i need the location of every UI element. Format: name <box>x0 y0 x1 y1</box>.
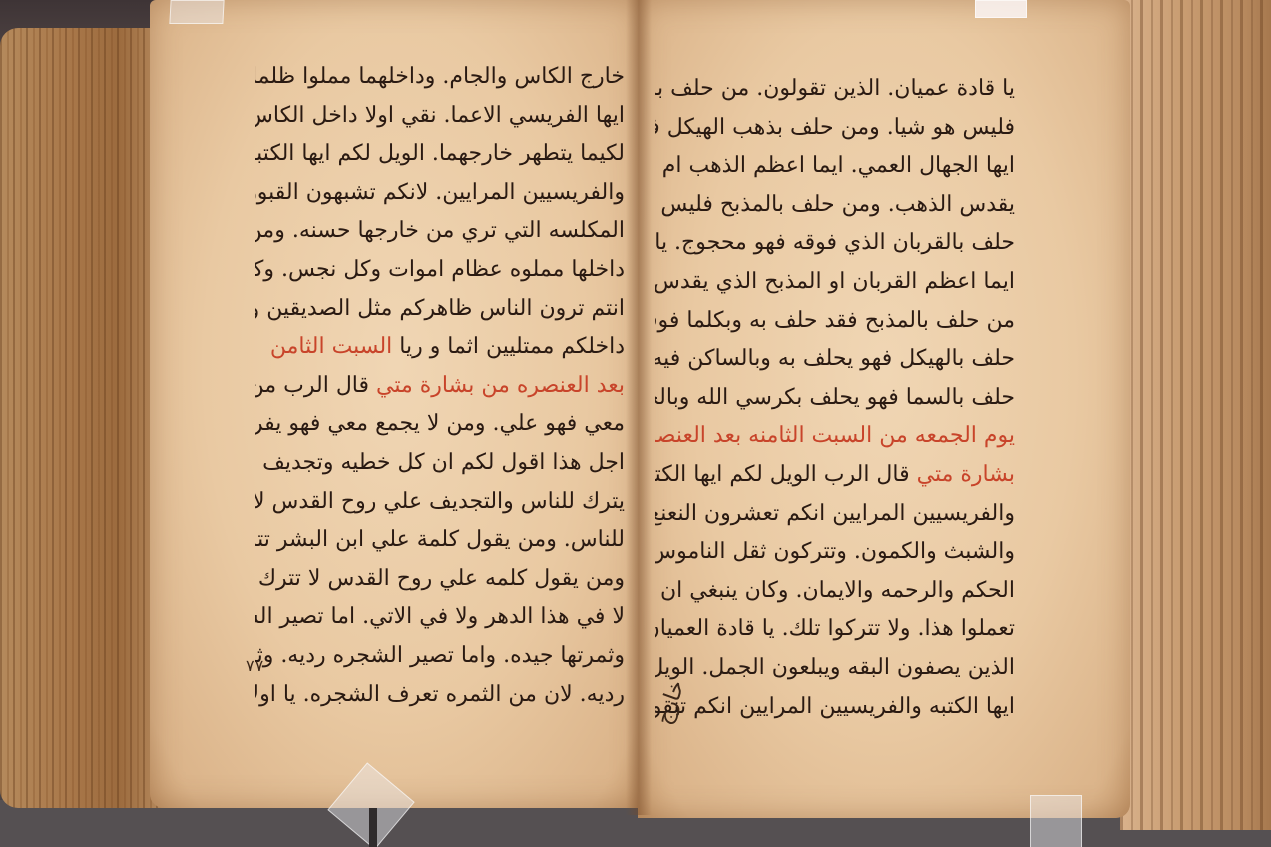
line-text: قال الرب الويل لكم ايها الكتبه <box>655 462 910 487</box>
line-text: ومن يقول كلمه علي روح القدس لا تترك له <box>255 566 625 591</box>
manuscript-line: المكلسه التي تري من خارجها حسنه. ومن <box>255 212 625 251</box>
line-text: والشبث والكمون. وتتركون ثقل الناموس <box>655 539 1015 564</box>
manuscript-line: للناس. ومن يقول كلمة علي ابن البشر تترك … <box>255 521 625 560</box>
manuscript-line: ايما اعظم القربان او المذبح الذي يقدس ال… <box>655 263 1015 302</box>
line-text: تعملوا هذا. ولا تتركوا تلك. يا قادة العم… <box>655 616 1015 641</box>
line-text: المكلسه التي تري من خارجها حسنه. ومن <box>255 218 625 243</box>
manuscript-line: تعملوا هذا. ولا تتركوا تلك. يا قادة العم… <box>655 610 1015 649</box>
manuscript-line: من حلف بالمذبح فقد حلف به وبكلما فوقه وم… <box>655 302 1015 341</box>
line-text: ايها الفريسي الاعما. نقي اولا داخل الكاس… <box>255 103 625 128</box>
rubric-heading: بشارة متي <box>910 462 1015 487</box>
line-text: من حلف بالمذبح فقد حلف به وبكلما فوقه وم… <box>655 308 1015 333</box>
manuscript-line: داخلها مملوه عظام اموات وكل نجس. وكذلك <box>255 251 625 290</box>
line-text: حلف بالهيكل فهو يحلف به وبالساكن فيه ومن <box>655 346 1015 371</box>
book-gutter <box>626 0 652 815</box>
line-text: يقدس الذهب. ومن حلف بالمذبح فليس هو بشي.… <box>655 192 1015 217</box>
line-text: الذين يصفون البقه ويبلعون الجمل. الويل ل… <box>655 655 1015 680</box>
page-clip-bottom-right <box>1030 795 1082 847</box>
manuscript-line: بشارة متي قال الرب الويل لكم ايها الكتبه <box>655 456 1015 495</box>
book-fore-edge-left <box>0 28 170 808</box>
manuscript-line: خارج الكاس والجام. وداخلهما مملوا ظلما و… <box>255 58 625 97</box>
manuscript-line: الحكم والرحمه والايمان. وكان ينبغي ان <box>655 572 1015 611</box>
manuscript-line: الذين يصفون البقه ويبلعون الجمل. الويل ل… <box>655 649 1015 688</box>
line-text: اجل هذا اقول لكم ان كل خطيه وتجديف <box>262 450 625 475</box>
manuscript-line: يترك للناس والتجديف علي روح القدس لا يتر… <box>255 483 625 522</box>
line-text: يترك للناس والتجديف علي روح القدس لا يتر… <box>255 489 625 514</box>
manuscript-line: يقدس الذهب. ومن حلف بالمذبح فليس هو بشي.… <box>655 186 1015 225</box>
line-text: ايها الكتبه والفريسيين المرايين انكم تنق… <box>655 694 1015 719</box>
manuscript-line: يوم الجمعه من السبت الثامنه بعد العنصره … <box>655 417 1015 456</box>
line-text: داخلها مملوه عظام اموات وكل نجس. وكذلك <box>255 257 625 282</box>
line-text: ايما اعظم القربان او المذبح الذي يقدس ال… <box>655 269 1015 294</box>
line-text: حلف بالقربان الذي فوقه فهو محجوج. يا حمق… <box>655 230 1015 255</box>
right-page-text: يا قادة عميان. الذين تقولون. من حلف باله… <box>655 70 1015 726</box>
rubric-heading: يوم الجمعه من السبت الثامنه بعد العنصره … <box>655 423 1015 448</box>
line-text: لا في هذا الدهر ولا في الاتي. اما تصير ا… <box>255 604 625 629</box>
line-text: الحكم والرحمه والايمان. وكان ينبغي ان <box>660 578 1015 603</box>
line-text: والفريسيين المرايين انكم تعشرون النعنع <box>655 501 1015 526</box>
line-text: يا قادة عميان. الذين تقولون. من حلف باله… <box>655 76 1015 101</box>
manuscript-line: لكيما يتطهر خارجهما. الويل لكم ايها الكت… <box>255 135 625 174</box>
manuscript-line: ايها الجهال العمي. ايما اعظم الذهب ام ال… <box>655 147 1015 186</box>
line-text: فليس هو شيا. ومن حلف بذهب الهيكل فهو محج… <box>655 115 1015 140</box>
line-text: للناس. ومن يقول كلمة علي ابن البشر تترك … <box>255 527 625 552</box>
book-fore-edge-right <box>1120 0 1271 830</box>
line-text: خارج الكاس والجام. وداخلهما مملوا ظلما و… <box>255 64 625 89</box>
line-text: انتم ترون الناس ظاهركم مثل الصديقين ومن <box>255 296 625 321</box>
manuscript-line: ايها الفريسي الاعما. نقي اولا داخل الكاس… <box>255 97 625 136</box>
manuscript-line: ايها الكتبه والفريسيين المرايين انكم تنق… <box>655 688 1015 727</box>
line-text: قال الرب من ليس هو <box>255 373 369 398</box>
manuscript-line: حلف بالهيكل فهو يحلف به وبالساكن فيه ومن <box>655 340 1015 379</box>
line-text: والفريسيين المرايين. لانكم تشبهون القبور <box>255 180 625 205</box>
manuscript-line: والشبث والكمون. وتتركون ثقل الناموس <box>655 533 1015 572</box>
rubric-heading: السبت الثامن <box>270 334 399 359</box>
line-text: لكيما يتطهر خارجهما. الويل لكم ايها الكت… <box>255 141 625 166</box>
manuscript-line: داخلكم ممتليين اثما و ريا السبت الثامن <box>255 328 625 367</box>
line-text: ايها الجهال العمي. ايما اعظم الذهب ام ال… <box>655 153 1015 178</box>
line-text: حلف بالسما فهو يحلف بكرسي الله وبالجالس … <box>655 385 1015 410</box>
manuscript-line: انتم ترون الناس ظاهركم مثل الصديقين ومن <box>255 290 625 329</box>
manuscript-line: ومن يقول كلمه علي روح القدس لا تترك له <box>255 560 625 599</box>
manuscript-line: فليس هو شيا. ومن حلف بذهب الهيكل فهو محج… <box>655 109 1015 148</box>
rubric-heading: بعد العنصره من بشارة متي <box>369 373 625 398</box>
manuscript-line: حلف بالقربان الذي فوقه فهو محجوج. يا حمق… <box>655 224 1015 263</box>
folio-number: ٧٧ <box>246 656 263 675</box>
manuscript-line: لا في هذا الدهر ولا في الاتي. اما تصير ا… <box>255 598 625 637</box>
line-text: معي فهو علي. ومن لا يجمع معي فهو يفرق تف… <box>255 411 625 436</box>
page-clip-top-left <box>169 0 224 24</box>
line-text: وثمرتها جيده. واما تصير الشجره رديه. وثم… <box>255 643 625 668</box>
page-clip-top-right <box>975 0 1027 18</box>
line-text: رديه. لان من الثمره تعرف الشجره. يا اولا… <box>255 682 625 707</box>
left-page-text: خارج الكاس والجام. وداخلهما مملوا ظلما و… <box>255 58 625 714</box>
line-text: داخلكم ممتليين اثما و ريا <box>399 334 625 359</box>
manuscript-line: رديه. لان من الثمره تعرف الشجره. يا اولا… <box>255 676 625 715</box>
manuscript-line: حلف بالسما فهو يحلف بكرسي الله وبالجالس … <box>655 379 1015 418</box>
clip-stand <box>369 808 377 847</box>
manuscript-line: والفريسيين المرايين انكم تعشرون النعنع <box>655 495 1015 534</box>
manuscript-line: والفريسيين المرايين. لانكم تشبهون القبور <box>255 174 625 213</box>
manuscript-line: بعد العنصره من بشارة متي قال الرب من ليس… <box>255 367 625 406</box>
manuscript-line: معي فهو علي. ومن لا يجمع معي فهو يفرق تف… <box>255 405 625 444</box>
manuscript-line: يا قادة عميان. الذين تقولون. من حلف باله… <box>655 70 1015 109</box>
manuscript-line: وثمرتها جيده. واما تصير الشجره رديه. وثم… <box>255 637 625 676</box>
manuscript-line: اجل هذا اقول لكم ان كل خطيه وتجديف <box>255 444 625 483</box>
